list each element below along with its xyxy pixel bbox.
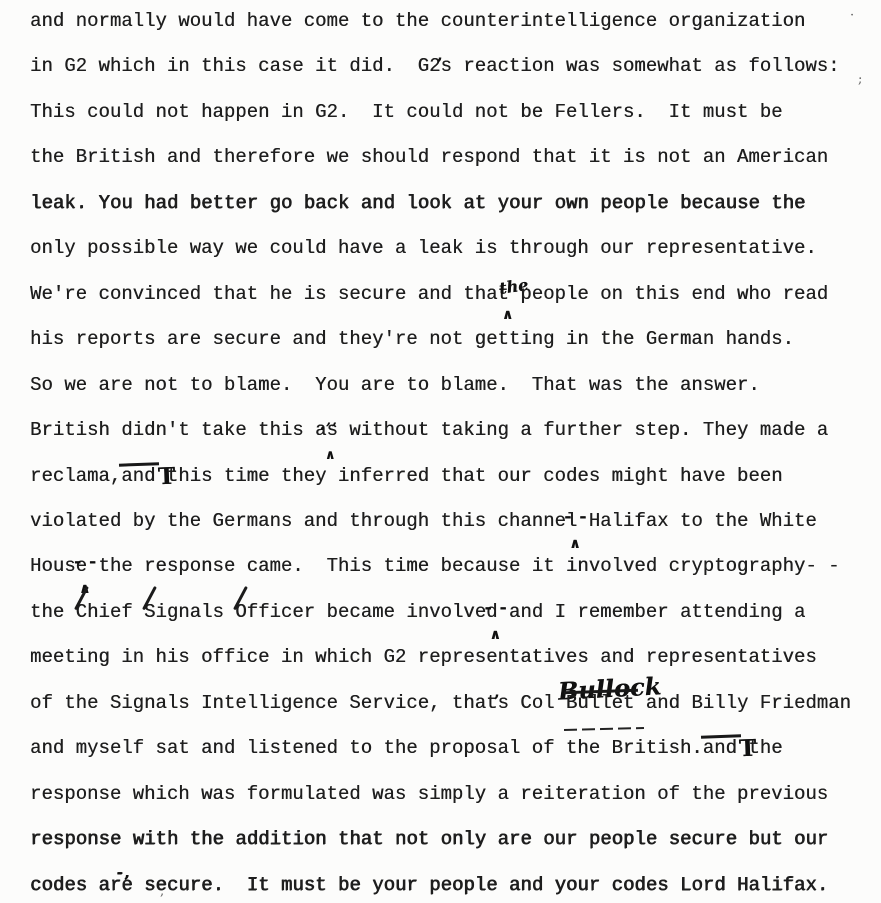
typed-text: response with the addition that not only… bbox=[30, 817, 828, 862]
scanned-document-page: and normally would have come to the coun… bbox=[0, 0, 881, 903]
typed-text: British didn't take this as bbox=[30, 408, 338, 453]
annotation-text: -, bbox=[117, 851, 132, 896]
text-line: We're convinced that he is secure and th… bbox=[30, 272, 828, 317]
typed-text-slash: O bbox=[235, 590, 246, 635]
typed-text: s reaction was somewhat as follows: bbox=[440, 44, 839, 89]
stray-mark: ; bbox=[858, 72, 862, 87]
text-line: response which was formulated was simply… bbox=[30, 772, 828, 817]
text-line: and normally would have come to the coun… bbox=[30, 0, 805, 44]
typed-text: meeting in his office in which G2 repres… bbox=[30, 635, 817, 680]
text-line: and myself sat and listened to the propo… bbox=[30, 726, 783, 771]
typed-text: the response came. This time because it … bbox=[87, 544, 840, 589]
typed-text: people on this end who read bbox=[509, 272, 828, 317]
text-line: This could not happen in G2. It could no… bbox=[30, 90, 783, 135]
text-line: British didn't take this as·’’∧ without … bbox=[30, 408, 828, 453]
typed-text: and I remember attending a bbox=[498, 590, 806, 635]
typed-text: response which was formulated was simply… bbox=[30, 772, 828, 817]
typed-text: fficer became involved bbox=[247, 590, 498, 635]
typed-text: ignals bbox=[155, 590, 235, 635]
text-line: only possible way we could have a leak i… bbox=[30, 226, 817, 271]
typed-text: leak. You had better go back and look at… bbox=[30, 181, 805, 226]
typed-text-slash: C bbox=[76, 590, 87, 635]
typed-text-strike: and bbox=[703, 726, 737, 771]
text-line: violated by the Germans and through this… bbox=[30, 499, 817, 544]
typed-text: the bbox=[30, 590, 76, 635]
typed-text: Halifax to the White bbox=[577, 499, 816, 544]
typed-text: of the Signals Intelligence Service, tha… bbox=[30, 681, 497, 726]
typed-text: secure. It must be your people and your … bbox=[133, 863, 829, 903]
typed-text: violated by the Germans and through this… bbox=[30, 499, 577, 544]
typed-text: We're convinced that he is secure and th… bbox=[30, 272, 509, 317]
text-line: response with the addition that not only… bbox=[30, 817, 828, 862]
text-line: his reports are secure and they're not g… bbox=[30, 317, 794, 362]
text-line: House- -∧ the response came. This time b… bbox=[30, 544, 840, 589]
typed-text: in G2 which in this case it did. G2 bbox=[30, 44, 440, 89]
text-line: the British and therefore we should resp… bbox=[30, 135, 828, 180]
typed-text: without taking a further step. They made… bbox=[338, 408, 828, 453]
typewritten-body: and normally would have come to the coun… bbox=[30, 0, 881, 903]
typed-text: hief bbox=[87, 590, 144, 635]
typed-text: the bbox=[748, 726, 782, 771]
typed-text: this time they inferred that our codes m… bbox=[167, 454, 783, 499]
typed-text: reclama, bbox=[30, 454, 121, 499]
typed-text: So we are not to blame. You are to blame… bbox=[30, 363, 760, 408]
text-line: of the Signals Intelligence Service, tha… bbox=[30, 681, 851, 726]
stray-mark: · bbox=[850, 8, 854, 23]
typed-text: s Col bbox=[497, 681, 565, 726]
typed-text: his reports are secure and they're not g… bbox=[30, 317, 794, 362]
text-line: in G2 which in this case it did. G2’s re… bbox=[30, 44, 840, 89]
typed-text: and Billy Friedman bbox=[634, 681, 851, 726]
typed-text-strike: and bbox=[121, 454, 155, 499]
typed-text: and normally would have come to the coun… bbox=[30, 0, 805, 44]
text-line: reclama,and Tthis time they inferred tha… bbox=[30, 454, 783, 499]
stray-mark: , bbox=[160, 884, 164, 899]
text-line: codes are-, secure. It must be your peop… bbox=[30, 863, 828, 903]
typed-text: only possible way we could have a leak i… bbox=[30, 226, 817, 271]
typed-text: This could not happen in G2. It could no… bbox=[30, 90, 783, 135]
text-line: the Chief Signals Officer became involve… bbox=[30, 590, 805, 635]
text-line: meeting in his office in which G2 repres… bbox=[30, 635, 817, 680]
typed-text: and myself sat and listened to the propo… bbox=[30, 726, 703, 771]
text-line: leak. You had better go back and look at… bbox=[30, 181, 805, 226]
typed-text-strike-u: Bullet bbox=[566, 681, 634, 726]
text-line: So we are not to blame. You are to blame… bbox=[30, 363, 760, 408]
typed-text: the British and therefore we should resp… bbox=[30, 135, 828, 180]
typed-text-slash: S bbox=[144, 590, 155, 635]
